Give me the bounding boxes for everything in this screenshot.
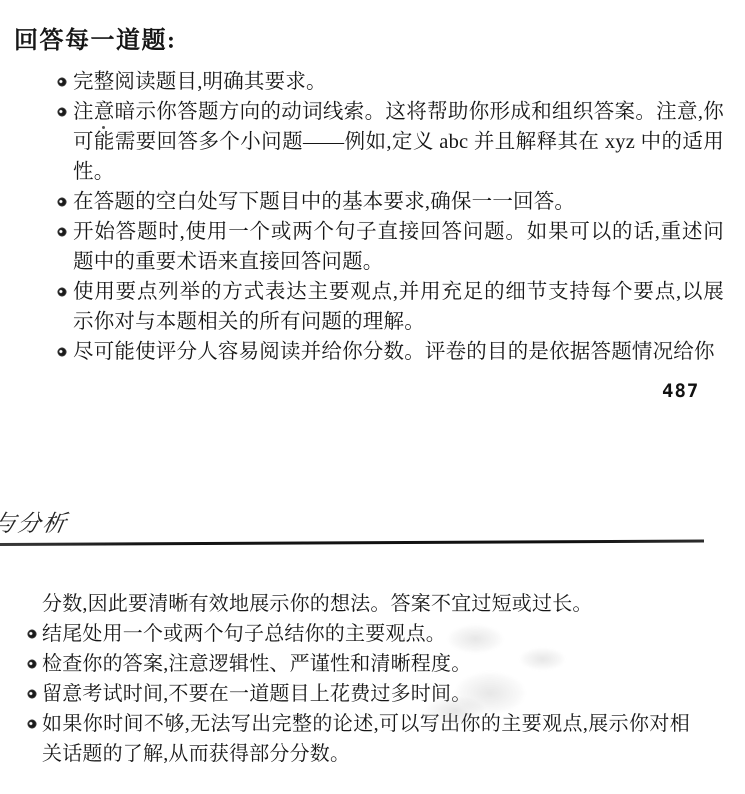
bullet-item: 完整阅读题目,明确其要求。 (58, 67, 724, 97)
bullet-item: 如果你时间不够,无法写出完整的论述,可以写出你的主要观点,展示你对相关话题的了解… (28, 709, 690, 769)
bullet-item: 在答题的空白处写下题目中的基本要求,确保一一回答。 (58, 187, 724, 217)
top-bullet-list: 完整阅读题目,明确其要求。 注意暗示你答题方向的动词线索。这将帮助你形成和组织答… (58, 67, 724, 367)
page-heading: 回答每一道题: (14, 20, 177, 55)
page-number: 487 (662, 380, 699, 402)
bullet-item: 结尾处用一个或两个句子总结你的主要观点。 (28, 619, 690, 649)
continuation-line: 分数,因此要清晰有效地展示你的想法。答案不宜过短或过长。 (42, 589, 690, 619)
bullet-item: 注意暗示你答题方向的动词线索。这将帮助你形成和组织答案。注意,你可能需要回答多个… (58, 97, 724, 187)
bullet-item: 开始答题时,使用一个或两个句子直接回答问题。如果可以的话,重述问题中的重要术语来… (58, 217, 724, 277)
bullet-item: 使用要点列举的方式表达主要观点,并用充足的细节支持每个要点,以展示你对与本题相关… (58, 277, 724, 337)
section-divider-line (0, 540, 704, 546)
section-header-fragment: 与分析 (0, 505, 71, 538)
bullet-item: 留意考试时间,不要在一道题目上花费过多时间。 (28, 679, 690, 709)
bullet-item: 检查你的答案,注意逻辑性、严谨性和清晰程度。 (28, 649, 690, 679)
document-page: 回答每一道题: 完整阅读题目,明确其要求。 注意暗示你答题方向的动词线索。这将帮… (0, 0, 745, 794)
bottom-bullet-list: 结尾处用一个或两个句子总结你的主要观点。 检查你的答案,注意逻辑性、严谨性和清晰… (28, 619, 690, 769)
bottom-text-block: 分数,因此要清晰有效地展示你的想法。答案不宜过短或过长。 结尾处用一个或两个句子… (28, 589, 690, 769)
bullet-item: 尽可能使评分人容易阅读并给你分数。评卷的目的是依据答题情况给你 (58, 337, 724, 367)
